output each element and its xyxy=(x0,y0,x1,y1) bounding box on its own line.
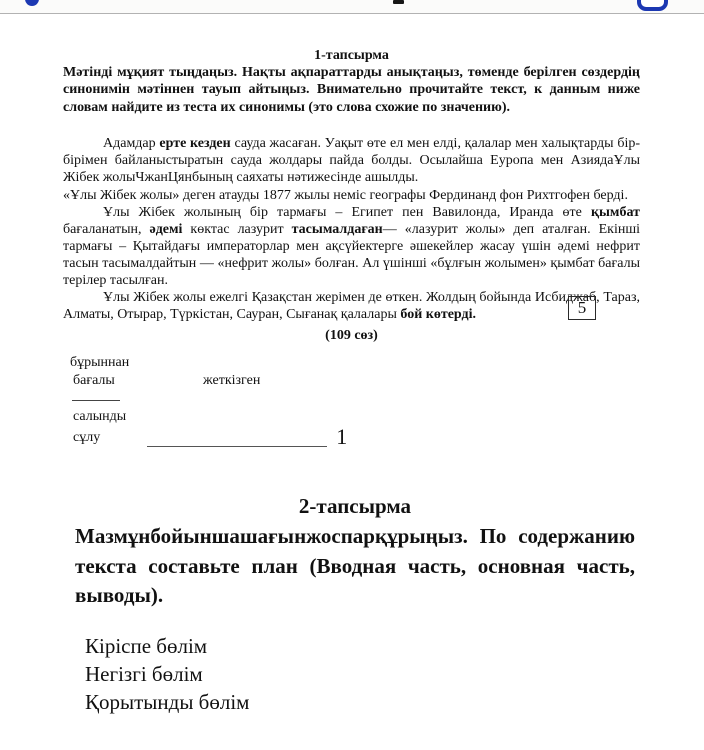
short-answer-line xyxy=(72,400,120,401)
word-row: сұлу 1 xyxy=(70,427,704,447)
plan-list: Кіріспе бөлім Негізгі бөлім Қорытынды бө… xyxy=(85,632,635,716)
task2-section: 2-тапсырма Мазмұнбойыншашағынжоспарқұрың… xyxy=(75,494,635,716)
answer-blank-line xyxy=(147,433,327,447)
page-number-marker: 5 xyxy=(578,298,587,318)
word-count-label: (109 сөз) xyxy=(63,328,640,344)
plan-item: Қорытынды бөлім xyxy=(85,688,635,716)
word-item: бағалы xyxy=(73,373,115,388)
task2-title: 2-тапсырма xyxy=(75,494,635,519)
word-item: жеткізген xyxy=(203,372,260,390)
app-toolbar xyxy=(0,0,704,14)
text-paragraph: Ұлы Жібек жолының бір тармағы – Египет п… xyxy=(63,204,640,289)
plan-item: Негізгі бөлім xyxy=(85,660,635,688)
task1-title: 1-тапсырма xyxy=(63,48,640,64)
reading-text: Адамдар ерте кезден сауда жасаған. Уақыт… xyxy=(63,135,640,323)
text-paragraph: Адамдар ерте кезден сауда жасаған. Уақыт… xyxy=(63,135,640,186)
synonym-word-list: бұрыннан бағалы жеткізген салынды сұлу 1 xyxy=(70,354,704,447)
partial-app-icon[interactable] xyxy=(25,0,39,6)
word-row: бағалы жеткізген xyxy=(70,372,704,390)
text-paragraph: Ұлы Жібек жолы ежелгі Қазақстан жерімен … xyxy=(63,289,640,323)
page-number-marker-box: 5 xyxy=(568,296,596,320)
document-body: 1-тапсырма Мәтінді мұқият тыңдаңыз. Нақт… xyxy=(63,48,640,344)
rounded-square-button-icon[interactable] xyxy=(637,0,668,11)
task2-instruction: Мазмұнбойыншашағынжоспарқұрыңыз. По соде… xyxy=(75,522,635,611)
plan-item: Кіріспе бөлім xyxy=(85,632,635,660)
title-fragment-dash xyxy=(393,0,404,4)
word-item: салынды xyxy=(70,408,704,426)
word-item: сұлу xyxy=(70,429,100,447)
task1-instruction: Мәтінді мұқият тыңдаңыз. Нақты ақпаратта… xyxy=(63,64,640,116)
word-item: бұрыннан xyxy=(70,354,704,372)
text-paragraph: «Ұлы Жібек жолы» деген атауды 1877 жылы … xyxy=(63,187,640,204)
item-number: 1 xyxy=(336,427,347,447)
worksheet-page: 1-тапсырма Мәтінді мұқият тыңдаңыз. Нақт… xyxy=(0,0,704,750)
